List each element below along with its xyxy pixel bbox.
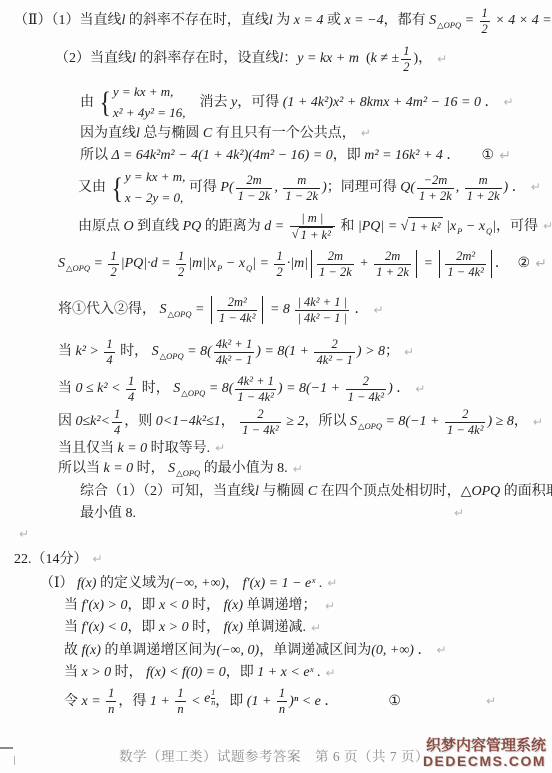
watermark-line2: DEDECMS.COM [423, 754, 546, 769]
paragraph-mark: ↵ [374, 302, 384, 319]
paragraph-mark: ↵ [486, 693, 496, 710]
answer-line: 由原点 O 到直线 PQ 的距离为 d = | m |√1 + k² 和 |PQ… [0, 211, 552, 243]
answer-line: S△OPQ = 12|PQ|·d = 12|m||xP − xQ| = 12·|… [0, 249, 552, 280]
watermark-line1: 织梦内容管理系统 [423, 738, 546, 754]
answer-line: 当 k² > 14 时， S△OPQ = 8(4k² + 14k² − 1) =… [0, 337, 552, 368]
paragraph-mark: ↵ [293, 461, 303, 478]
paragraph-mark: ↵ [543, 218, 552, 235]
answer-lines: （Ⅱ）（1）当直线l 的斜率不存在时，直线l 为 x = 4 或 x = −4，… [0, 6, 552, 717]
paragraph-mark: ↵ [499, 146, 511, 166]
paragraph-mark: ↵ [531, 179, 541, 196]
answer-line: 令 x = 1n，得 1 + 1n < e1n，即 (1 + 1n)ⁿ < e … [0, 686, 552, 717]
paragraph-mark: ↵ [327, 575, 337, 592]
answer-line: （Ⅰ） f(x) 的定义域为(−∞, +∞)， f′(x) = 1 − eˣ .… [0, 574, 552, 594]
paragraph-mark: ↵ [326, 665, 336, 682]
paragraph-mark: ↵ [415, 381, 425, 398]
paragraph-mark: ↵ [454, 505, 464, 522]
exam-answer-document: { "footer": { "text": "数学（理工类）试题参考答案 第 6… [0, 0, 552, 773]
document-page: （Ⅱ）（1）当直线l 的斜率不存在时，直线l 为 x = 4 或 x = −4，… [0, 0, 552, 773]
answer-line: （2）当直线l 的斜率存在时，设直线l：y = kx + m (k ≠ ±12)… [0, 44, 552, 75]
paragraph-mark: ↵ [93, 551, 103, 568]
answer-line: 又由 {y = kx + m,x − 2y = 0, 可得 P(2m1 − 2k… [0, 168, 552, 208]
answer-line: 所以当 k = 0 时， S△OPQ 的最小值为 8.↵ [0, 459, 552, 479]
paragraph-mark: ↵ [311, 620, 321, 637]
paragraph-mark: ↵ [436, 642, 446, 659]
answer-line: 所以 Δ = 64k²m² − 4(1 + 4k²)(4m² − 16) = 0… [0, 146, 552, 166]
paragraph-mark: ↵ [361, 125, 371, 142]
paragraph-mark: ↵ [19, 526, 29, 543]
answer-line: 当且仅当 k = 0 时取等号.↵ [0, 439, 552, 459]
answer-line: ↵ [0, 526, 552, 543]
paragraph-mark: ↵ [325, 598, 335, 615]
equation-number: ① [481, 146, 494, 166]
watermark: 织梦内容管理系统 DEDECMS.COM [423, 738, 546, 769]
answer-line: 当 0 ≤ k² < 14 时， S△OPQ = 8(4k² + 11 − 4k… [0, 374, 552, 405]
answer-line: 因 0≤k²<14，则 0<1−4k²≤1， 21 − 4k² ≥ 2，所以 S… [0, 407, 552, 438]
paragraph-mark: ↵ [504, 94, 514, 111]
answer-line: 22.（14分）↵ [0, 550, 552, 570]
answer-line: 故 f(x) 的单调递增区间为(−∞, 0)，单调递减区间为(0, +∞) ．↵ [0, 641, 552, 661]
answer-line: 将①代入②得， S△OPQ = 2m²1 − 4k² = 8 | 4k² + 1… [0, 295, 552, 326]
paragraph-mark: ↵ [533, 414, 543, 431]
answer-line: 最小值 8.↵ [0, 504, 552, 524]
paragraph-mark: ↵ [535, 254, 547, 274]
answer-line: 当 f′(x) < 0，即 x > 0 时， f(x) 单调递减.↵ [0, 618, 552, 638]
answer-line: 当 f′(x) > 0，即 x < 0 时， f(x) 单调递增； ↵ [0, 596, 552, 616]
answer-line: 综合（1）（2）可知，当直线l 与椭圆 C 在四个顶点处相切时，△OPQ 的面积… [0, 482, 552, 502]
answer-line: （Ⅱ）（1）当直线l 的斜率不存在时，直线l 为 x = 4 或 x = −4，… [0, 6, 552, 37]
answer-line: 因为直线l 总与椭圆 C 有且只有一个公共点，↵ [0, 124, 552, 144]
answer-line: 当 x > 0 时， f(x) < f(0) = 0，即 1 + x < eˣ … [0, 663, 552, 683]
paragraph-mark: ↵ [437, 51, 447, 68]
answer-line: 由 {y = kx + m,x² + 4y² = 16, 消去 y，可得 (1 … [0, 83, 552, 123]
paragraph-mark: ↵ [404, 344, 414, 361]
equation-number: ② [517, 254, 530, 274]
paragraph-mark: ↵ [215, 440, 225, 457]
